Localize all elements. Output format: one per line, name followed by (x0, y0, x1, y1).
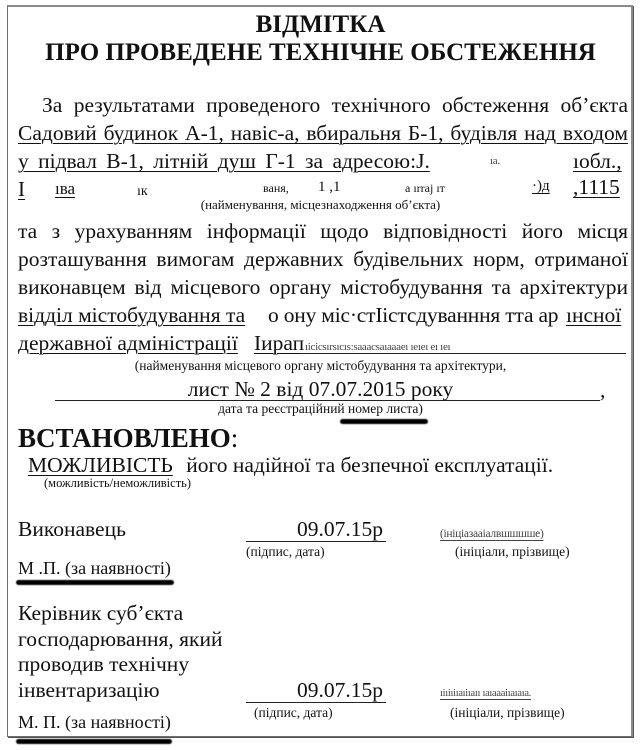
authority-caption: (найменування місцевого органу містобуду… (0, 358, 641, 374)
authority-line-1-b: о ону міс·стІістсдуванння тта ар (268, 303, 558, 328)
letter-reference: лист № 2 від 07.07.2015 року (0, 377, 641, 402)
object-line-3-part-7: ·)д (532, 178, 550, 195)
authority-line-2-a: державної адміністрації (18, 331, 238, 356)
info-line-1: та з урахуванням інформації щодо відпові… (18, 219, 628, 244)
object-line-3-part-6: a ırraj ıт (405, 181, 445, 196)
authority-line-2-noise: ıiсicsırsıcıs:saaacsaıaaaeı ıeıeı eı ıeı (305, 341, 450, 353)
head-label-line-3: проводив технічну (18, 652, 189, 677)
head-label-line-1: Керівник суб’єкта (18, 601, 183, 626)
letter-caption: дата та реєстраційний номер листа) (0, 401, 641, 417)
executor-date-caption: (підпис, дата) (246, 544, 325, 560)
object-region: ıобл., (573, 149, 622, 174)
established-label: ВСТАНОВЛЕНО (18, 423, 231, 453)
object-line-3-part-5: 1 ,1 (318, 179, 341, 196)
head-label-line-4: інвентаризацію (18, 678, 160, 703)
executor-seal: М .П. (за наявності) (18, 558, 171, 579)
possibility-value: МОЖЛИВІСТЬ (18, 453, 181, 477)
possibility-rest: його надійної та безпечної експлуатації. (186, 453, 553, 477)
head-name-caption: (ініціали, прізвище) (450, 705, 565, 721)
head-seal-redaction (16, 739, 172, 744)
authority-line-2-b: Іирап (254, 331, 304, 356)
object-line-1: Садовий будинок А-1, навіс-а, вбиральня … (18, 121, 628, 146)
object-caption: (найменування, місцезнаходження об’єкта) (0, 197, 641, 213)
established-heading: ВСТАНОВЛЕНО: (18, 423, 238, 454)
head-date-caption: (підпис, дата) (254, 705, 333, 721)
possibility-caption: (можливість/неможливість) (44, 476, 191, 491)
head-seal: М. П. (за наявності) (18, 712, 171, 733)
executor-label: Виконавець (18, 517, 126, 542)
executor-name-caption: (ініціали, прізвище) (455, 544, 570, 560)
authority-line-1-c: ıнсної (566, 303, 621, 328)
redaction-mark (340, 419, 428, 424)
intro-line: За результатами проведеного технічного о… (42, 93, 628, 118)
head-label-line-2: господарювання, який (18, 627, 222, 652)
head-name: ıiıiıiıaıiıaıı ıaıaaaiıaıaıa. (440, 688, 531, 699)
object-line-2: у підвал В-1, літній душ Г-1 за адресою:… (18, 149, 430, 174)
info-line-2: розташування вимогам державних будівельн… (18, 247, 628, 272)
info-line-3: виконавцем від місцевого органу містобуд… (18, 275, 628, 300)
executor-seal-redaction (16, 580, 174, 585)
authority-underline (300, 353, 626, 354)
object-address-label: у підвал В-1, літній душ Г-1 за адресою: (18, 149, 416, 173)
executor-date: 09.07.15р (297, 517, 383, 542)
possibility-line: МОЖЛИВІСТЬ його надійної та безпечної ек… (18, 453, 553, 478)
title-line-2: ПРО ПРОВЕДЕНЕ ТЕХНІЧНЕ ОБСТЕЖЕННЯ (0, 39, 641, 67)
title-line-1: ВІДМІТКА (0, 11, 641, 39)
established-colon: : (231, 423, 239, 453)
letter-comma: , (600, 378, 605, 403)
executor-name: (ініціазааіалвшшшше) (440, 528, 544, 540)
object-line-3-part-2: ıва (55, 179, 75, 199)
object-address-noise: ıa. (490, 155, 500, 167)
object-address-fragment: J. (416, 149, 430, 173)
authority-line-1-a: відділ містобудування та (18, 303, 245, 328)
object-line-3-part-4: ваня, (263, 181, 289, 196)
head-date: 09.07.15р (297, 678, 383, 703)
